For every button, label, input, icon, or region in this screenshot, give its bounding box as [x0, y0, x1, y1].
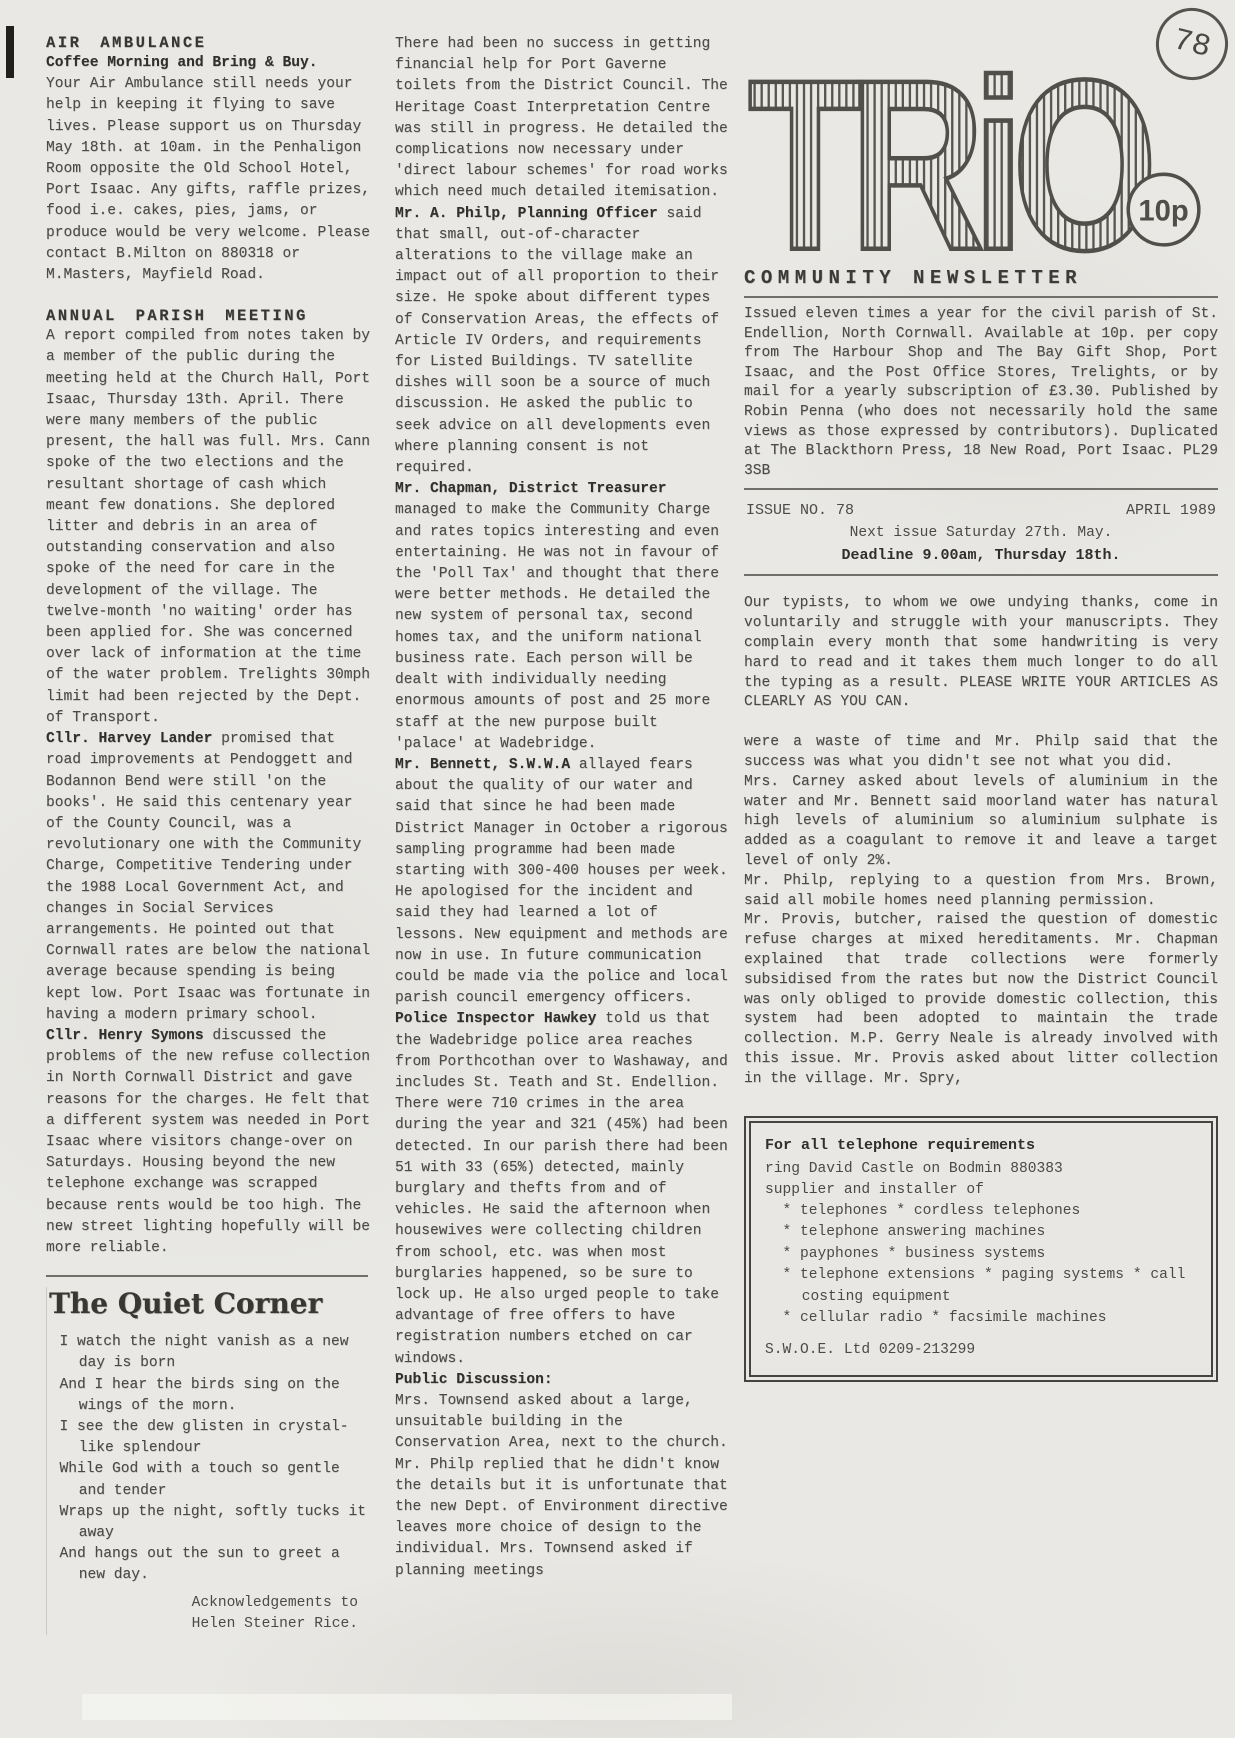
- divider-rule: [46, 1275, 368, 1277]
- paragraph: Mr. Provis, butcher, raised the question…: [744, 911, 1218, 1089]
- issue-date: APRIL 1989: [1126, 499, 1216, 523]
- right-column-body: Our typists, to whom we owe undying than…: [744, 594, 1218, 1089]
- ad-bullet-list: * telephones * cordless telephones* tele…: [765, 1201, 1197, 1330]
- ad-bullet-line: * payphones * business systems: [765, 1244, 1197, 1266]
- deadline-line: Deadline 9.00am, Thursday 18th.: [744, 544, 1218, 567]
- paragraph-lead: Mr. Chapman, District Treasurer: [395, 481, 667, 497]
- poem-line: I see the dew glisten in crystal-like sp…: [49, 1417, 372, 1459]
- divider-rule: [744, 488, 1218, 490]
- poem-attribution: Acknowledgements toHelen Steiner Rice.: [49, 1593, 372, 1635]
- ad-bullet-line: * telephones * cordless telephones: [765, 1201, 1197, 1223]
- scan-artifact-mark: [6, 26, 14, 78]
- paragraph-lead: Mr. A. Philp, Planning Officer: [395, 206, 658, 222]
- paragraph: Mr. Philp, replying to a question from M…: [744, 872, 1218, 912]
- paragraph-lead: Public Discussion:: [395, 1372, 553, 1388]
- poem-line: While God with a touch so gentle and ten…: [49, 1459, 372, 1501]
- paragraph-lead: Police Inspector Hawkey: [395, 1011, 596, 1027]
- telephone-ad-box: For all telephone requirements ring Davi…: [744, 1116, 1218, 1382]
- paragraph: There had been no success in getting fin…: [395, 34, 731, 204]
- trio-logo-text: TRiO: [748, 29, 1150, 265]
- quiet-corner-heading: The Quiet Corner: [49, 1287, 372, 1320]
- paragraph: Coffee Morning and Bring & Buy.: [46, 53, 372, 74]
- poem-attribution-line: Helen Steiner Rice.: [49, 1614, 358, 1635]
- ad-bullet-line: * cellular radio * facsimile machines: [765, 1308, 1197, 1330]
- newsletter-title: COMMUNITY NEWSLETTER: [744, 267, 1218, 289]
- paragraph-lead: Cllr. Henry Symons: [46, 1028, 204, 1044]
- newsletter-page: AIR AMBULANCECoffee Morning and Bring & …: [0, 0, 1235, 1738]
- paragraph: Mrs. Carney asked about levels of alumin…: [744, 773, 1218, 872]
- poem-line: I watch the night vanish as a new day is…: [49, 1332, 372, 1374]
- paragraph: Public Discussion:: [395, 1370, 731, 1391]
- paragraph: Mr. Chapman, District Treasurer managed …: [395, 479, 731, 755]
- masthead-text: Issued eleven times a year for the civil…: [744, 305, 1218, 481]
- poem-line: And hangs out the sun to greet a new day…: [49, 1544, 372, 1586]
- poem-line: And I hear the birds sing on the wings o…: [49, 1375, 372, 1417]
- section-heading: AIR AMBULANCE: [46, 34, 372, 52]
- paragraph: Cllr. Henry Symons discussed the problem…: [46, 1026, 372, 1259]
- ad-heading: For all telephone requirements: [765, 1135, 1197, 1157]
- paragraph: A report compiled from notes taken by a …: [46, 326, 372, 729]
- issue-row: ISSUE NO. 78 APRIL 1989: [744, 497, 1218, 523]
- right-column: 78 TRiO 10p COMMUNITY NEWSLETTER Issued …: [744, 18, 1218, 1382]
- paragraph-lead: Cllr. Harvey Lander: [46, 731, 212, 747]
- paragraph: Our typists, to whom we owe undying than…: [744, 594, 1218, 713]
- left-column: AIR AMBULANCECoffee Morning and Bring & …: [46, 34, 372, 1635]
- poem-attribution-line: Acknowledgements to: [49, 1593, 358, 1614]
- trio-logo: TRiO 10p: [744, 18, 1218, 265]
- ad-bullet-line: * telephone answering machines: [765, 1222, 1197, 1244]
- next-issue-line: Next issue Saturday 27th. May.: [744, 523, 1218, 544]
- divider-rule: [744, 296, 1218, 298]
- paragraph-lead: Coffee Morning and Bring & Buy.: [46, 55, 318, 71]
- poem-line: Wraps up the night, softly tucks it away: [49, 1502, 372, 1544]
- middle-column: There had been no success in getting fin…: [395, 34, 731, 1582]
- quiet-corner-section: The Quiet CornerI watch the night vanish…: [46, 1287, 372, 1635]
- paragraph: Your Air Ambulance still needs your help…: [46, 74, 372, 286]
- price-badge-text: 10p: [1138, 196, 1188, 228]
- paragraph: Mr. Bennett, S.W.W.A allayed fears about…: [395, 755, 731, 1009]
- masthead: TRiO 10p COMMUNITY NEWSLETTER Issued ele…: [744, 18, 1218, 576]
- paragraph: Mrs. Townsend asked about a large, unsui…: [395, 1391, 731, 1582]
- paragraph: Cllr. Harvey Lander promised that road i…: [46, 729, 372, 1026]
- section-heading: ANNUAL PARISH MEETING: [46, 307, 372, 325]
- paragraph: were a waste of time and Mr. Philp said …: [744, 733, 1218, 773]
- ad-line-1: ring David Castle on Bodmin 880383: [765, 1159, 1197, 1180]
- paragraph-lead: Mr. Bennett, S.W.W.A: [395, 757, 570, 773]
- ad-bullet-line: * telephone extensions * paging systems …: [765, 1265, 1197, 1308]
- paragraph: Police Inspector Hawkey told us that the…: [395, 1009, 731, 1369]
- ad-footer: S.W.O.E. Ltd 0209-213299: [765, 1340, 1197, 1361]
- issue-number: ISSUE NO. 78: [746, 499, 854, 523]
- divider-rule: [744, 574, 1218, 576]
- paragraph: Mr. A. Philp, Planning Officer said that…: [395, 204, 731, 480]
- scan-artifact-strip: [82, 1694, 732, 1720]
- ad-line-2: supplier and installer of: [765, 1180, 1197, 1201]
